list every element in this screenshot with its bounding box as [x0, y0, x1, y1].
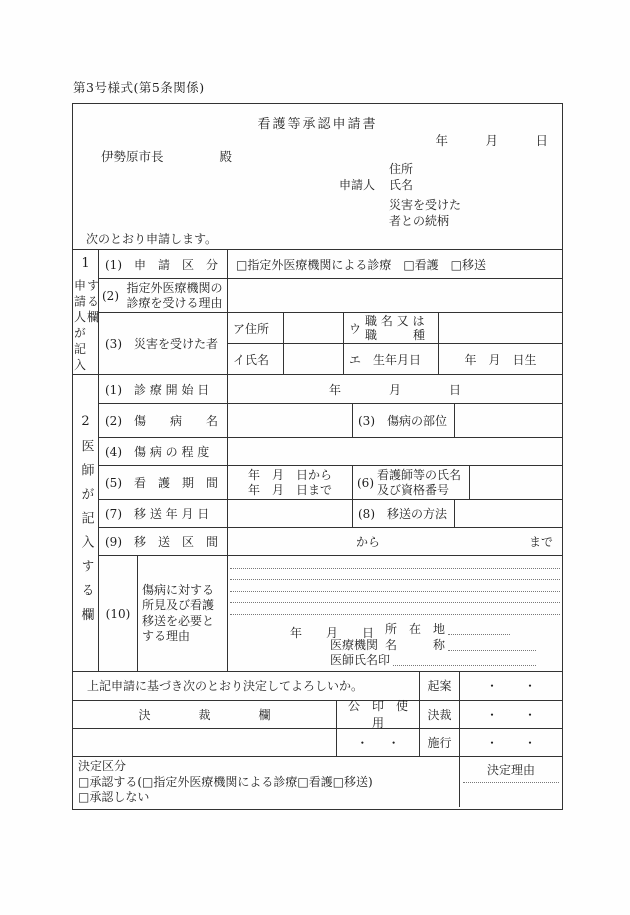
- injury-severity-label: (4) 傷 病 の 程 度: [99, 438, 227, 465]
- victim-name-label: イ氏名: [228, 344, 283, 374]
- findings-label-line1: 傷病に対する: [142, 583, 227, 599]
- seal-date-cell[interactable]: ・ ・: [336, 729, 419, 757]
- kessai-date-cell[interactable]: ・ ・: [459, 701, 562, 728]
- doctor-name-seal-label: 医師氏名印: [330, 651, 390, 668]
- input-reason-nondesignated[interactable]: [227, 279, 562, 312]
- treatment-start-label: (1) 診 療 開 始 日: [99, 375, 227, 403]
- findings-label-line2: 所見及び看護: [142, 598, 227, 614]
- transfer-date-label: (7) 移 送 年 月 日: [99, 500, 227, 527]
- injury-name-label: (2) 傷 病 名: [99, 404, 227, 437]
- shiko-dot1: ・: [486, 734, 498, 751]
- addressee-name: 伊勢原市長: [101, 149, 164, 164]
- decision-question: 上記申請に基づき次のとおり決定してよろしいか。: [73, 672, 419, 700]
- section-doctor: 2 医師が記入する欄 (1) 診 療 開 始 日 年 月 日 (2) 傷 病 名…: [73, 374, 562, 671]
- medical-institution-block: 所 在 地 医療機関 名 称 医師氏名印: [330, 622, 536, 669]
- nursing-period-to: 年 月 日まで: [228, 483, 352, 498]
- section1-side-label: 申請人が記入 する欄: [73, 278, 99, 374]
- nurse-name-label: (6) 看護師等の氏名 及び資格番号: [352, 466, 469, 499]
- row-nursing-period: (5) 看 護 期 間 年 月 日から 年 月 日まで (6) 看護師等の氏名 …: [99, 465, 562, 499]
- nurse-label-number: (6): [357, 476, 374, 490]
- row-transfer-date: (7) 移 送 年 月 日 (8) 移送の方法: [99, 499, 562, 527]
- row-treatment-start: (1) 診 療 開 始 日 年 月 日: [99, 375, 562, 403]
- row-application-category: (1) 申 請 区 分 □指定外医療機関による診療 □看護 □移送: [99, 250, 562, 278]
- section1-side-label-rest: する欄: [86, 279, 99, 327]
- kessai-label: 決裁: [419, 701, 459, 728]
- kessai-dot2: ・: [524, 706, 536, 723]
- row-findings: (10) 傷病に対する 所見及び看護 移送を必要と する理由 年 月 日: [99, 555, 562, 671]
- input-transfer-section[interactable]: から まで: [227, 528, 562, 555]
- input-victim-occupation[interactable]: [438, 313, 562, 343]
- header-date-line[interactable]: 年 月 日: [435, 131, 548, 149]
- section1-number: 1: [73, 250, 98, 278]
- reason-label-line2: 診療を受ける理由: [122, 296, 227, 311]
- relation-label-line1: 災害を受けた: [389, 196, 461, 213]
- institution-name-label: 名 称: [385, 636, 445, 653]
- disaster-victim-label: (3) 災害を受けた者: [99, 313, 227, 374]
- findings-label-line4: する理由: [142, 629, 227, 645]
- kian-dot1: ・: [486, 677, 498, 694]
- disaster-victim-subtable: ア住所 ウ 職 名 又 は 職 種: [227, 313, 562, 374]
- applicant-address-label[interactable]: 住所: [389, 160, 413, 177]
- form-header: 看護等承認申請書 年 月 日 伊勢原市長殿 申請人 住所 氏名 災害を受けた 者…: [73, 104, 562, 249]
- section1-side-label-main: 申請人が記入: [73, 279, 86, 374]
- kian-date-cell[interactable]: ・ ・: [459, 672, 562, 700]
- occupation-kana: ウ: [349, 320, 361, 337]
- input-treatment-start-date[interactable]: 年 月 日: [227, 375, 562, 403]
- relation-label-line2[interactable]: 者との続柄: [389, 212, 449, 229]
- findings-label: 傷病に対する 所見及び看護 移送を必要と する理由: [137, 556, 227, 671]
- input-findings[interactable]: 年 月 日 所 在 地 医療機関 名 称: [227, 556, 562, 671]
- injury-part-label: (3) 傷病の部位: [352, 404, 454, 437]
- transfer-method-label: (8) 移送の方法: [352, 500, 454, 527]
- reason-nondesignated-label: (2) 指定外医療機関の 診療を受ける理由: [99, 279, 227, 312]
- application-category-checkboxes[interactable]: □指定外医療機関による診療 □看護 □移送: [227, 250, 562, 278]
- reason-label-line1: 指定外医療機関の: [122, 281, 227, 296]
- approval-column-title: 決 裁 欄: [73, 701, 336, 728]
- applicant-name-label[interactable]: 氏名: [389, 176, 413, 193]
- transfer-section-label: (9) 移 送 区 間: [99, 528, 227, 555]
- shiko-date-cell[interactable]: ・ ・: [459, 729, 562, 757]
- form-title: 看護等承認申請書: [73, 113, 562, 132]
- input-transfer-date[interactable]: [227, 500, 352, 527]
- input-nursing-period[interactable]: 年 月 日から 年 月 日まで: [227, 466, 352, 499]
- addressee-line: 伊勢原市長殿: [101, 147, 232, 165]
- row-disaster-victim: (3) 災害を受けた者 ア住所 ウ 職 名 又 は 職 種: [99, 312, 562, 374]
- section2-side-column: 2 医師が記入する欄: [73, 375, 99, 671]
- input-injury-name[interactable]: [227, 404, 352, 437]
- row-kessai: 決 裁 欄 公 印 使 用 決裁 ・ ・: [73, 700, 562, 728]
- kian-label: 起案: [419, 672, 459, 700]
- nurse-label-line1: 看護師等の氏名: [377, 468, 461, 483]
- kessai-dot1: ・: [486, 706, 498, 723]
- findings-number: (10): [99, 556, 137, 671]
- input-victim-name[interactable]: [283, 344, 343, 374]
- row-shiko: ・ ・ 施行 ・ ・: [73, 728, 562, 757]
- shiko-dot2: ・: [524, 734, 536, 751]
- reason-number: (2): [102, 289, 119, 303]
- decision-category-title: 決定区分: [78, 759, 454, 775]
- nursing-period-label: (5) 看 護 期 間: [99, 466, 227, 499]
- input-victim-address[interactable]: [283, 313, 343, 343]
- decision-reason-line: [463, 782, 559, 783]
- institution-name-line[interactable]: [448, 650, 536, 651]
- application-form-page: 第3号様式(第5条関係) 看護等承認申請書 年 月 日 伊勢原市長殿 申請人 住…: [0, 0, 630, 915]
- victim-occupation-label: ウ 職 名 又 は 職 種: [343, 313, 438, 343]
- victim-address-label: ア住所: [228, 313, 283, 343]
- victim-birthdate-label: エ 生年月日: [343, 344, 438, 374]
- row-injury-severity: (4) 傷 病 の 程 度: [99, 437, 562, 465]
- form-number: 第3号様式(第5条関係): [73, 78, 205, 96]
- section2-number: 2: [73, 414, 98, 429]
- seal-dot2: ・: [388, 734, 400, 751]
- shiko-label: 施行: [419, 729, 459, 757]
- findings-label-line3: 移送を必要と: [142, 614, 227, 630]
- transfer-to-suffix: まで: [529, 533, 553, 550]
- section-applicant: 1 申請人が記入 する欄 (1) 申 請 区 分 □指定外医療機関による診療 □…: [73, 249, 562, 374]
- transfer-from-suffix: から: [356, 533, 380, 550]
- applicant-label: 申請人: [339, 176, 375, 193]
- application-category-label: (1) 申 請 区 分: [99, 250, 227, 278]
- input-transfer-method[interactable]: [454, 500, 562, 527]
- nursing-period-from: 年 月 日から: [228, 468, 352, 483]
- input-injury-part[interactable]: [454, 404, 562, 437]
- decision-reason-label: 決定理由: [460, 757, 562, 778]
- row-decision: 決定区分 □承認する(□指定外医療機関による診療□看護□移送) □承認しない 決…: [73, 756, 562, 807]
- official-seal-label: 公 印 使 用: [336, 701, 419, 728]
- section-approval: 上記申請に基づき次のとおり決定してよろしいか。 起案 ・ ・ 決 裁 欄 公 印…: [73, 671, 562, 807]
- row-transfer-section: (9) 移 送 区 間 から まで: [99, 527, 562, 555]
- approval-signature-area[interactable]: [73, 729, 336, 757]
- seal-dot1: ・: [356, 734, 368, 751]
- section1-side-column: 1 申請人が記入 する欄: [73, 250, 99, 374]
- row-kian: 上記申請に基づき次のとおり決定してよろしいか。 起案 ・ ・: [73, 672, 562, 700]
- institution-address-label: 所 在 地: [385, 620, 445, 637]
- findings-write-lines[interactable]: [228, 556, 562, 615]
- doctor-name-line[interactable]: [393, 665, 536, 666]
- occupation-label-line2: 職 種: [365, 328, 425, 342]
- input-nurse-name[interactable]: [469, 466, 562, 499]
- row-injury-name: (2) 傷 病 名 (3) 傷病の部位: [99, 403, 562, 437]
- occupation-label-line1: 職 名 又 は: [365, 314, 425, 328]
- addressee-honorific: 殿: [220, 149, 233, 164]
- input-victim-birthdate[interactable]: 年 月 日生: [438, 344, 562, 374]
- nurse-label-line2: 及び資格番号: [377, 483, 461, 498]
- decision-category-cell: 決定区分 □承認する(□指定外医療機関による診療□看護□移送) □承認しない: [73, 757, 459, 807]
- institution-label: 医療機関: [330, 636, 378, 653]
- form-outer-box: 看護等承認申請書 年 月 日 伊勢原市長殿 申請人 住所 氏名 災害を受けた 者…: [72, 103, 563, 810]
- decision-approve-option[interactable]: □承認する(□指定外医療機関による診療□看護□移送): [78, 775, 454, 791]
- input-injury-severity[interactable]: [227, 438, 562, 465]
- section2-side-label: 医師が記入する欄: [79, 439, 93, 631]
- kian-dot2: ・: [524, 677, 536, 694]
- intro-sentence: 次のとおり申請します。: [86, 230, 217, 247]
- row-reason-nondesignated: (2) 指定外医療機関の 診療を受ける理由: [99, 278, 562, 312]
- decision-reject-option[interactable]: □承認しない: [78, 790, 454, 806]
- decision-reason-cell[interactable]: 決定理由: [459, 757, 562, 807]
- institution-address-line[interactable]: [448, 634, 510, 635]
